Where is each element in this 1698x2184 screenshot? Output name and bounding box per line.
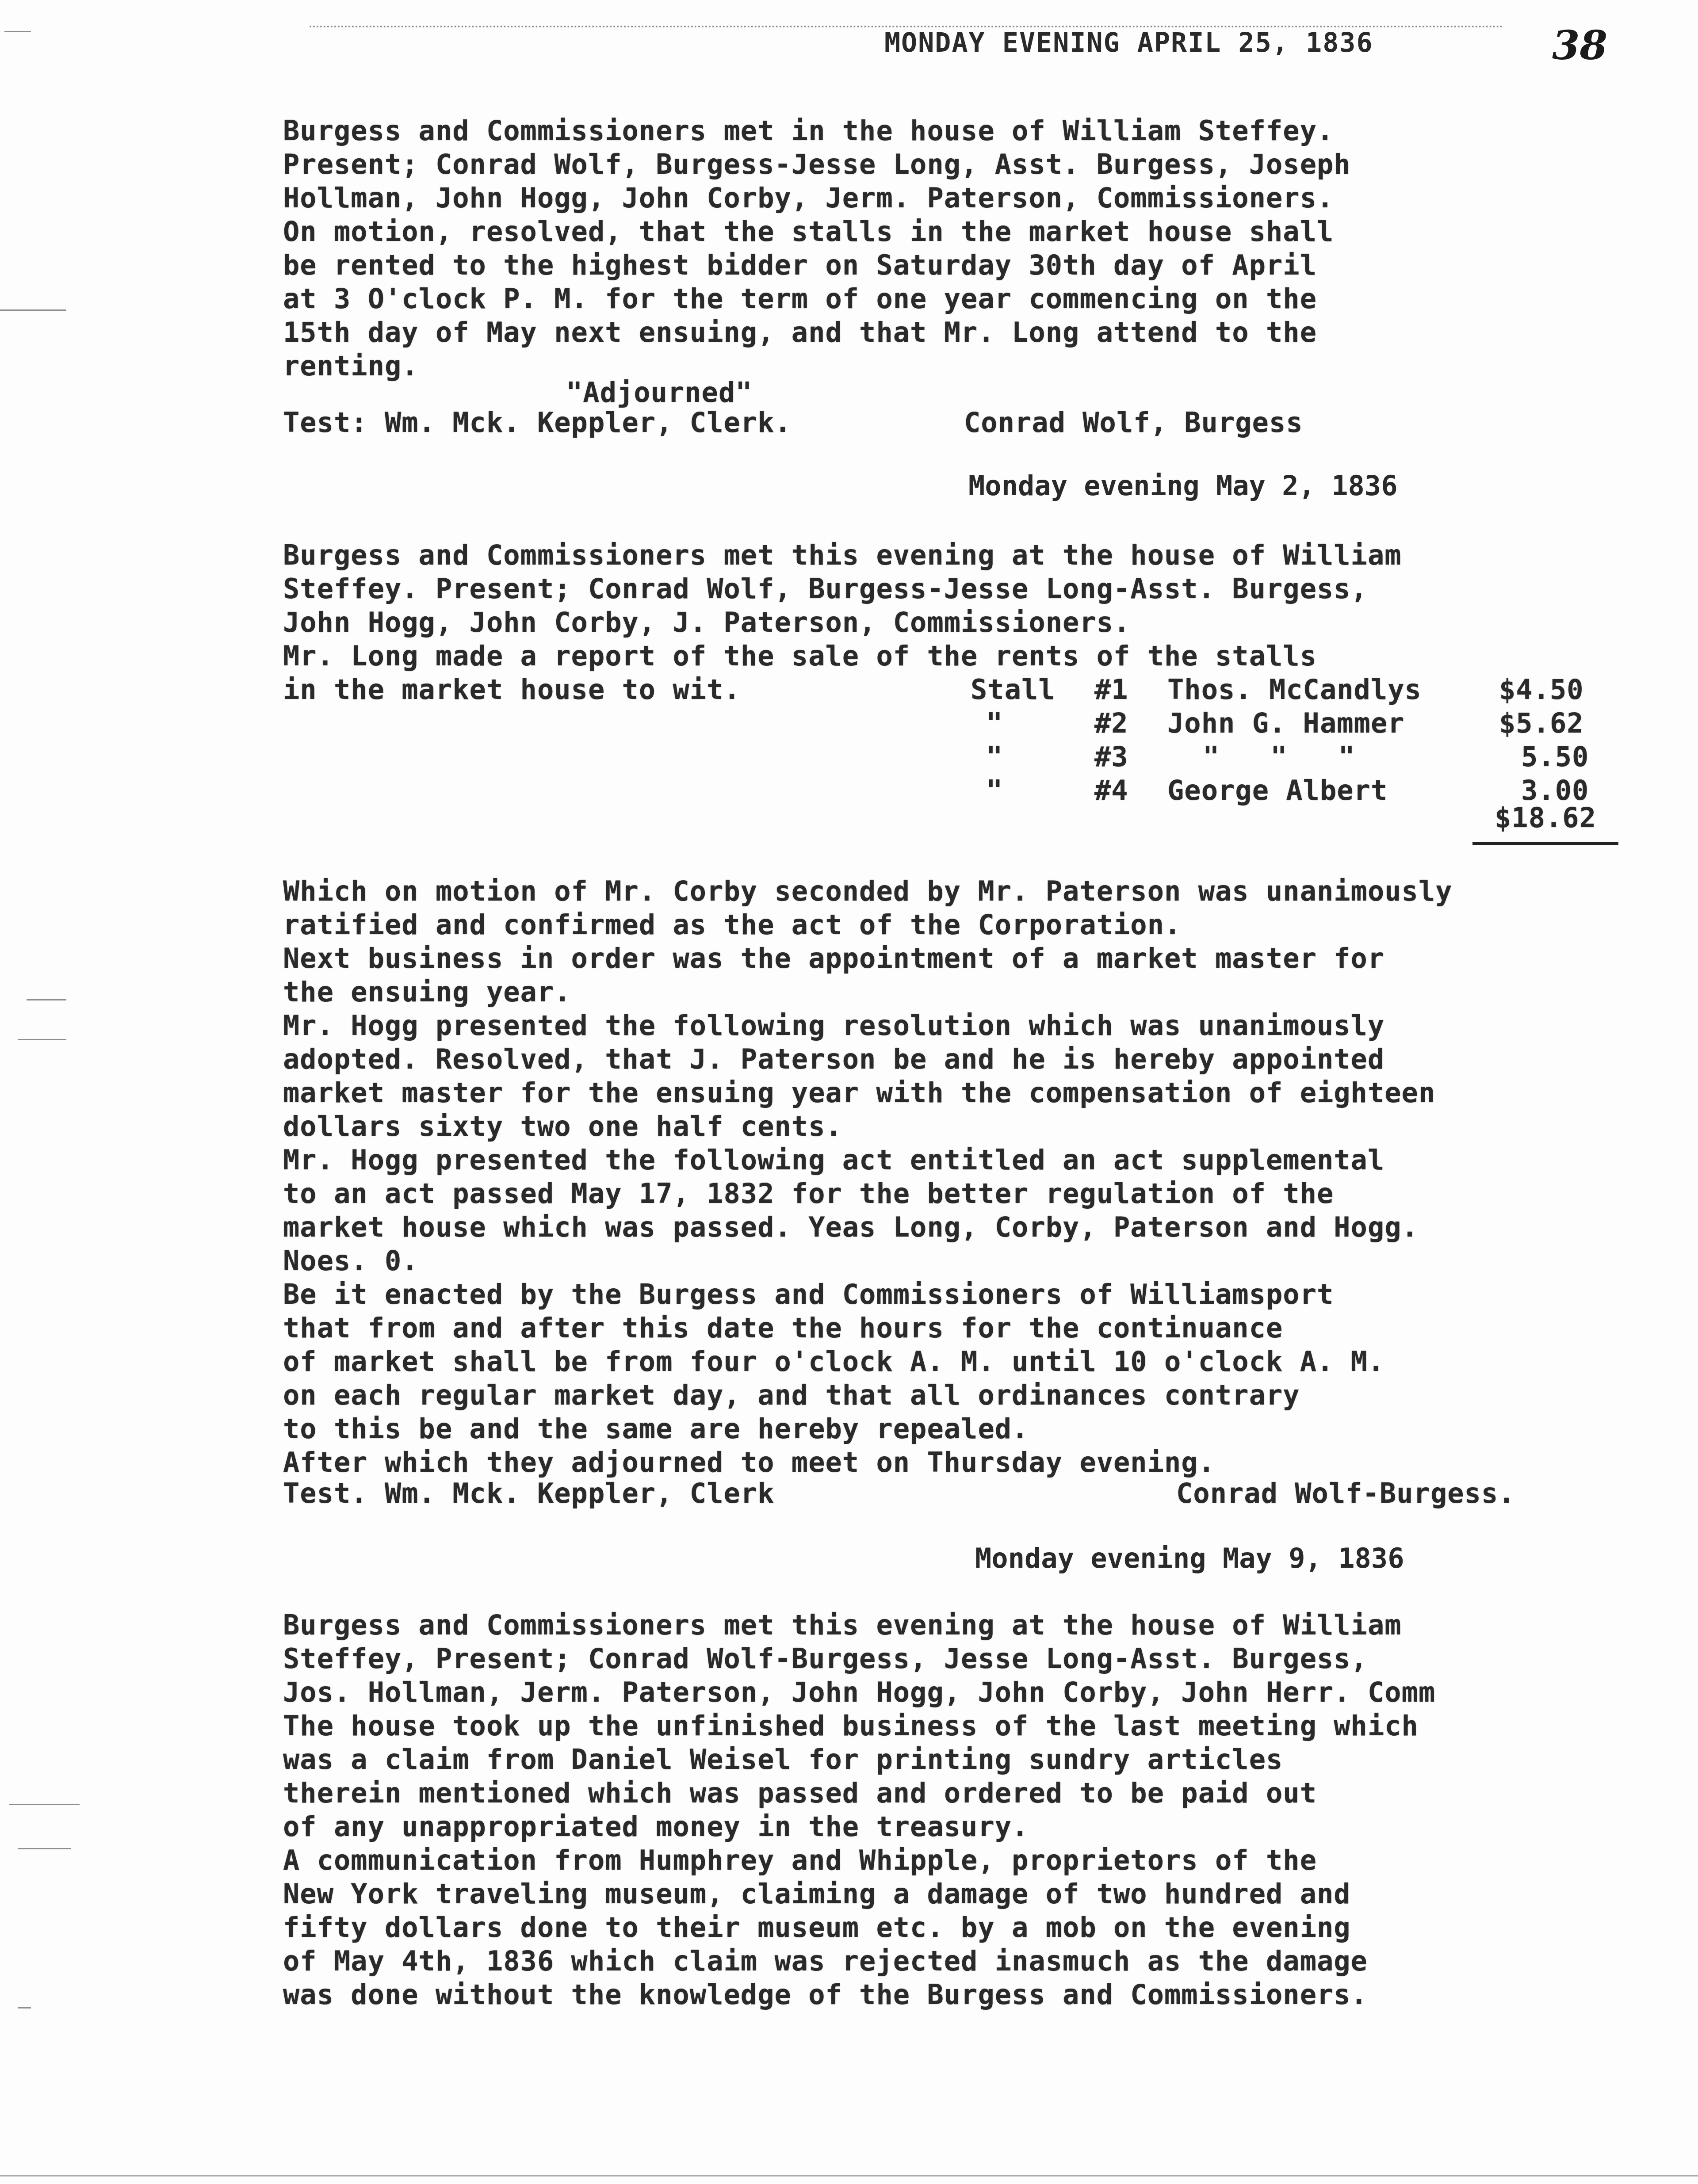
text-line: Burgess and Commissioners met in the hou… [283,114,1334,148]
text-line: be rented to the highest bidder on Satur… [283,248,1317,282]
page-header-title: MONDAY EVENING APRIL 25, 1836 [884,27,1373,58]
text-line: A communication from Humphrey and Whippl… [283,1844,1317,1877]
text-line: Burgess and Commissioners met this eveni… [283,1608,1402,1642]
text-line: to an act passed May 17, 1832 for the be… [283,1177,1334,1210]
total-underline [1472,842,1618,845]
document-page: MONDAY EVENING APRIL 25, 1836 38 Burgess… [0,0,1698,2184]
text-line: New York traveling museum, claiming a da… [283,1877,1351,1911]
burgess-signature: Conrad Wolf, Burgess [964,406,1303,439]
scan-artifact [27,999,66,1000]
stall-renter: " " " [1203,740,1355,774]
text-line: dollars sixty two one half cents. [283,1110,842,1143]
meeting-date: Monday evening May 2, 1836 [968,470,1398,502]
text-line: Jos. Hollman, Jerm. Paterson, John Hogg,… [283,1676,1435,1709]
text-line: the ensuing year. [283,975,571,1009]
stall-label: Stall [971,673,1056,706]
burgess-signature: Conrad Wolf-Burgess. [1176,1477,1515,1510]
text-line: Mr. Long made a report of the sale of th… [283,639,1317,673]
clerk-attestation: Test. Wm. Mck. Keppler, Clerk [283,1477,775,1510]
scan-artifact [0,309,66,311]
text-line: therein mentioned which was passed and o… [283,1776,1317,1810]
stall-number: #4 [1094,774,1128,807]
scan-artifact [18,1039,66,1040]
stall-label: " [986,774,1003,807]
scan-artifact [4,31,31,32]
meeting-date: Monday evening May 9, 1836 [975,1542,1404,1574]
text-line: fifty dollars done to their museum etc. … [283,1911,1351,1944]
text-line: in the market house to wit. [283,673,741,706]
text-line: Which on motion of Mr. Corby seconded by… [283,874,1453,908]
text-line: Present; Conrad Wolf, Burgess-Jesse Long… [283,148,1351,181]
text-line: Mr. Hogg presented the following resolut… [283,1009,1384,1042]
stall-total: $18.62 [1495,801,1596,835]
text-line: On motion, resolved, that the stalls in … [283,215,1334,248]
text-line: was a claim from Daniel Weisel for print… [283,1743,1283,1776]
text-line: Steffey. Present; Conrad Wolf, Burgess-J… [283,572,1368,606]
text-line: Noes. 0. [283,1244,419,1278]
text-line: that from and after this date the hours … [283,1311,1283,1345]
text-line: After which they adjourned to meet on Th… [283,1446,1215,1479]
text-line: Mr. Hogg presented the following act ent… [283,1143,1384,1177]
text-line: was done without the knowledge of the Bu… [283,1978,1368,2012]
text-line: at 3 O'clock P. M. for the term of one y… [283,282,1317,316]
text-line: of any unappropriated money in the treas… [283,1810,1029,1844]
text-line: market master for the ensuing year with … [283,1076,1435,1110]
text-line: 15th day of May next ensuing, and that M… [283,316,1317,349]
text-line: of May 4th, 1836 which claim was rejecte… [283,1944,1368,1978]
stall-number: #3 [1094,740,1128,774]
stall-renter: John G. Hammer [1167,706,1405,740]
stall-label: " [986,706,1003,740]
clerk-attestation: Test: Wm. Mck. Keppler, Clerk. [283,406,792,439]
text-line: Hollman, John Hogg, John Corby, Jerm. Pa… [283,181,1334,215]
text-line: John Hogg, John Corby, J. Paterson, Comm… [283,606,1130,639]
adjourned-note: "Adjourned" [566,376,753,409]
text-line: market house which was passed. Yeas Long… [283,1210,1419,1244]
stall-renter: Thos. McCandlys [1167,673,1422,706]
page-number: 38 [1552,22,1607,69]
text-line: adopted. Resolved, that J. Paterson be a… [283,1042,1384,1076]
text-line: The house took up the unfinished busines… [283,1709,1419,1743]
text-line: ratified and confirmed as the act of the… [283,908,1181,942]
stall-label: " [986,740,1003,774]
text-line: Be it enacted by the Burgess and Commiss… [283,1278,1334,1311]
text-line: Burgess and Commissioners met this eveni… [283,538,1402,572]
stall-number: #2 [1094,706,1128,740]
text-line: Steffey, Present; Conrad Wolf-Burgess, J… [283,1642,1368,1676]
text-line: to this be and the same are hereby repea… [283,1412,1029,1446]
stall-amount: $5.62 [1499,706,1584,740]
stall-amount: 5.50 [1521,740,1589,774]
page-bottom-edge [0,2175,1698,2176]
text-line: of market shall be from four o'clock A. … [283,1345,1384,1378]
text-line: renting. [283,349,419,383]
text-line: on each regular market day, and that all… [283,1378,1300,1412]
scan-artifact [9,1804,80,1805]
stall-amount: $4.50 [1499,673,1584,706]
scan-artifact [18,2007,31,2008]
text-line: Next business in order was the appointme… [283,942,1384,975]
scan-artifact [18,1848,71,1849]
stall-number: #1 [1094,673,1128,706]
stall-renter: George Albert [1167,774,1388,807]
